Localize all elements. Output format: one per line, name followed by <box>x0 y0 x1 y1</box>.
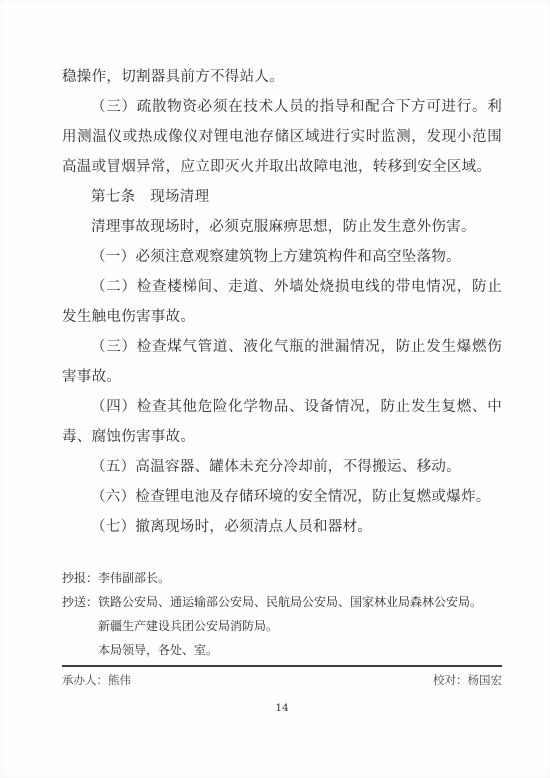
copy-report-label: 抄报： <box>62 571 98 585</box>
proofreader-label: 校对： <box>433 673 468 687</box>
proofreader-name: 杨国宏 <box>468 673 503 687</box>
document-footer: 承办人：熊伟 校对：杨国宏 <box>62 667 502 688</box>
document-body: 稳操作，切割器具前方不得站人。 （三）疏散物资必须在技术人员的指导和配合下方可进… <box>62 62 502 542</box>
copy-send-continuation: 新疆生产建设兵团公安局消防局。 <box>62 614 502 638</box>
organizer-label: 承办人： <box>62 673 108 687</box>
copy-send-label: 抄送： <box>62 595 98 609</box>
copy-send-text: 铁路公安局、通运输部公安局、民航局公安局、国家林业局森林公安局。 <box>98 595 482 609</box>
body-paragraph: （二）检查楼梯间、走道、外墙处烧损电线的带电情况，防止发生触电伤害事故。 <box>62 272 502 332</box>
body-paragraph: 稳操作，切割器具前方不得站人。 <box>62 62 502 92</box>
organizer-field: 承办人：熊伟 <box>62 672 131 688</box>
body-paragraph: （三）检查煤气管道、液化气瓶的泄漏情况，防止发生爆燃伤害事故。 <box>62 332 502 392</box>
document-page: 稳操作，切割器具前方不得站人。 （三）疏散物资必须在技术人员的指导和配合下方可进… <box>0 0 550 778</box>
body-paragraph: （六）检查锂电池及存储环境的安全情况，防止复燃或爆炸。 <box>62 482 502 512</box>
notation-block: 抄报：李伟副部长。 抄送：铁路公安局、通运输部公安局、民航局公安局、国家林业局森… <box>62 566 502 662</box>
body-paragraph: （五）高温容器、罐体未充分冷却前，不得搬运、移动。 <box>62 452 502 482</box>
body-paragraph: （七）撤离现场时，必须清点人员和器材。 <box>62 512 502 542</box>
page-number: 14 <box>62 702 502 714</box>
copy-send-row: 抄送：铁路公安局、通运输部公安局、民航局公安局、国家林业局森林公安局。 <box>62 590 502 614</box>
article-heading: 第七条 现场清理 <box>62 182 502 212</box>
organizer-name: 熊伟 <box>108 673 131 687</box>
copy-send-continuation: 本局领导，各处、室。 <box>62 638 502 662</box>
body-paragraph: 清理事故现场时，必须克服麻痹思想，防止发生意外伤害。 <box>62 212 502 242</box>
body-paragraph: （一）必须注意观察建筑物上方建筑构件和高空坠落物。 <box>62 242 502 272</box>
body-paragraph: （四）检查其他危险化学物品、设备情况，防止发生复燃、中毒、腐蚀伤害事故。 <box>62 392 502 452</box>
copy-report-text: 李伟副部长。 <box>98 571 170 585</box>
copy-report-row: 抄报：李伟副部长。 <box>62 566 502 590</box>
proofreader-field: 校对：杨国宏 <box>433 672 502 688</box>
body-paragraph: （三）疏散物资必须在技术人员的指导和配合下方可进行。利用测温仪或热成像仪对锂电池… <box>62 92 502 182</box>
